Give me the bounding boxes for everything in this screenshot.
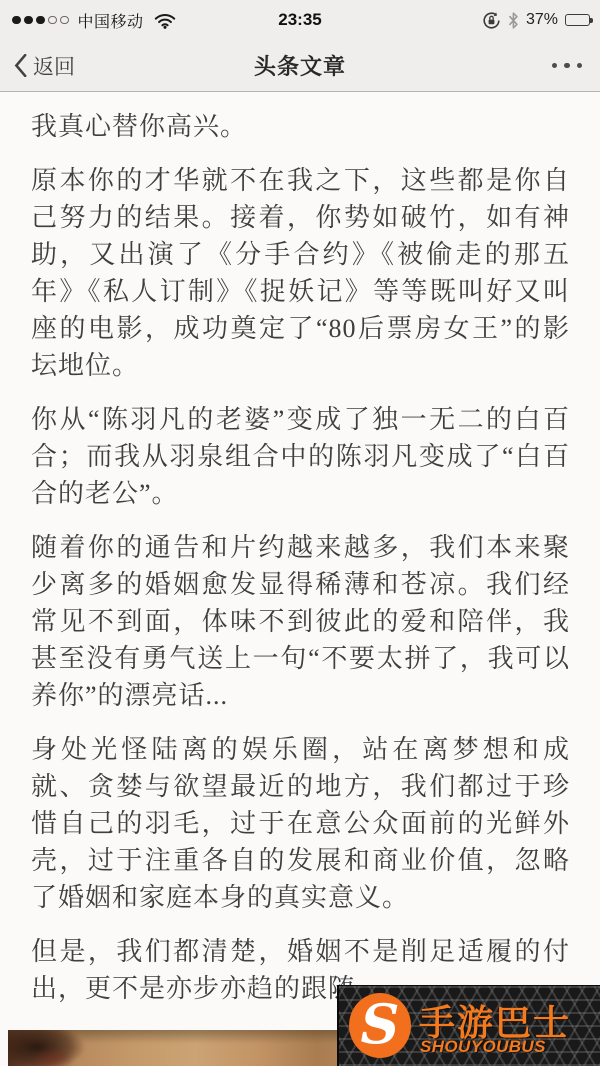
more-dots-icon — [564, 63, 570, 69]
article-paragraph: 原本你的才华就不在我之下，这些都是你自己努力的结果。接着，你势如破竹，如有神助，… — [31, 162, 570, 384]
shouyoubus-logo-icon: S — [349, 993, 411, 1058]
page-title: 头条文章 — [0, 40, 600, 91]
more-dots-icon — [577, 63, 583, 69]
more-dots-icon — [552, 63, 558, 69]
bluetooth-icon — [508, 12, 519, 29]
screen: 中国移动 23:35 — [0, 0, 600, 1066]
status-bar: 中国移动 23:35 — [0, 0, 600, 40]
battery-icon — [565, 14, 590, 27]
watermark-name-en: SHOUYOUBUS — [420, 1037, 598, 1057]
article-text-column: 我真心替你高兴。 原本你的才华就不在我之下，这些都是你自己努力的结果。接着，你势… — [0, 93, 600, 1007]
top-chrome: 中国移动 23:35 — [0, 0, 600, 92]
shouyoubus-watermark: S 手游巴士 SHOUYOUBUS — [337, 985, 600, 1066]
orientation-lock-icon — [482, 11, 501, 30]
battery-percent-label: 37% — [526, 11, 558, 29]
nav-bar: 返回 头条文章 — [0, 40, 600, 91]
article-paragraph: 随着你的通告和片约越来越多，我们本来聚少离多的婚姻愈发显得稀薄和苍凉。我们经常见… — [31, 529, 570, 714]
status-bar-right: 37% — [482, 0, 590, 40]
article-content: 我真心替你高兴。 原本你的才华就不在我之下，这些都是你自己努力的结果。接着，你势… — [0, 93, 600, 1066]
logo-letter: S — [361, 997, 400, 1051]
article-paragraph: 身处光怪陆离的娱乐圈，站在离梦想和成就、贪婪与欲望最近的地方，我们都过于珍惜自己… — [31, 731, 570, 916]
article-paragraph: 你从“陈羽凡的老婆”变成了独一无二的白百合；而我从羽泉组合中的陈羽凡变成了“白百… — [31, 401, 570, 512]
more-menu-button[interactable] — [552, 40, 583, 91]
article-paragraph: 我真心替你高兴。 — [31, 108, 570, 145]
